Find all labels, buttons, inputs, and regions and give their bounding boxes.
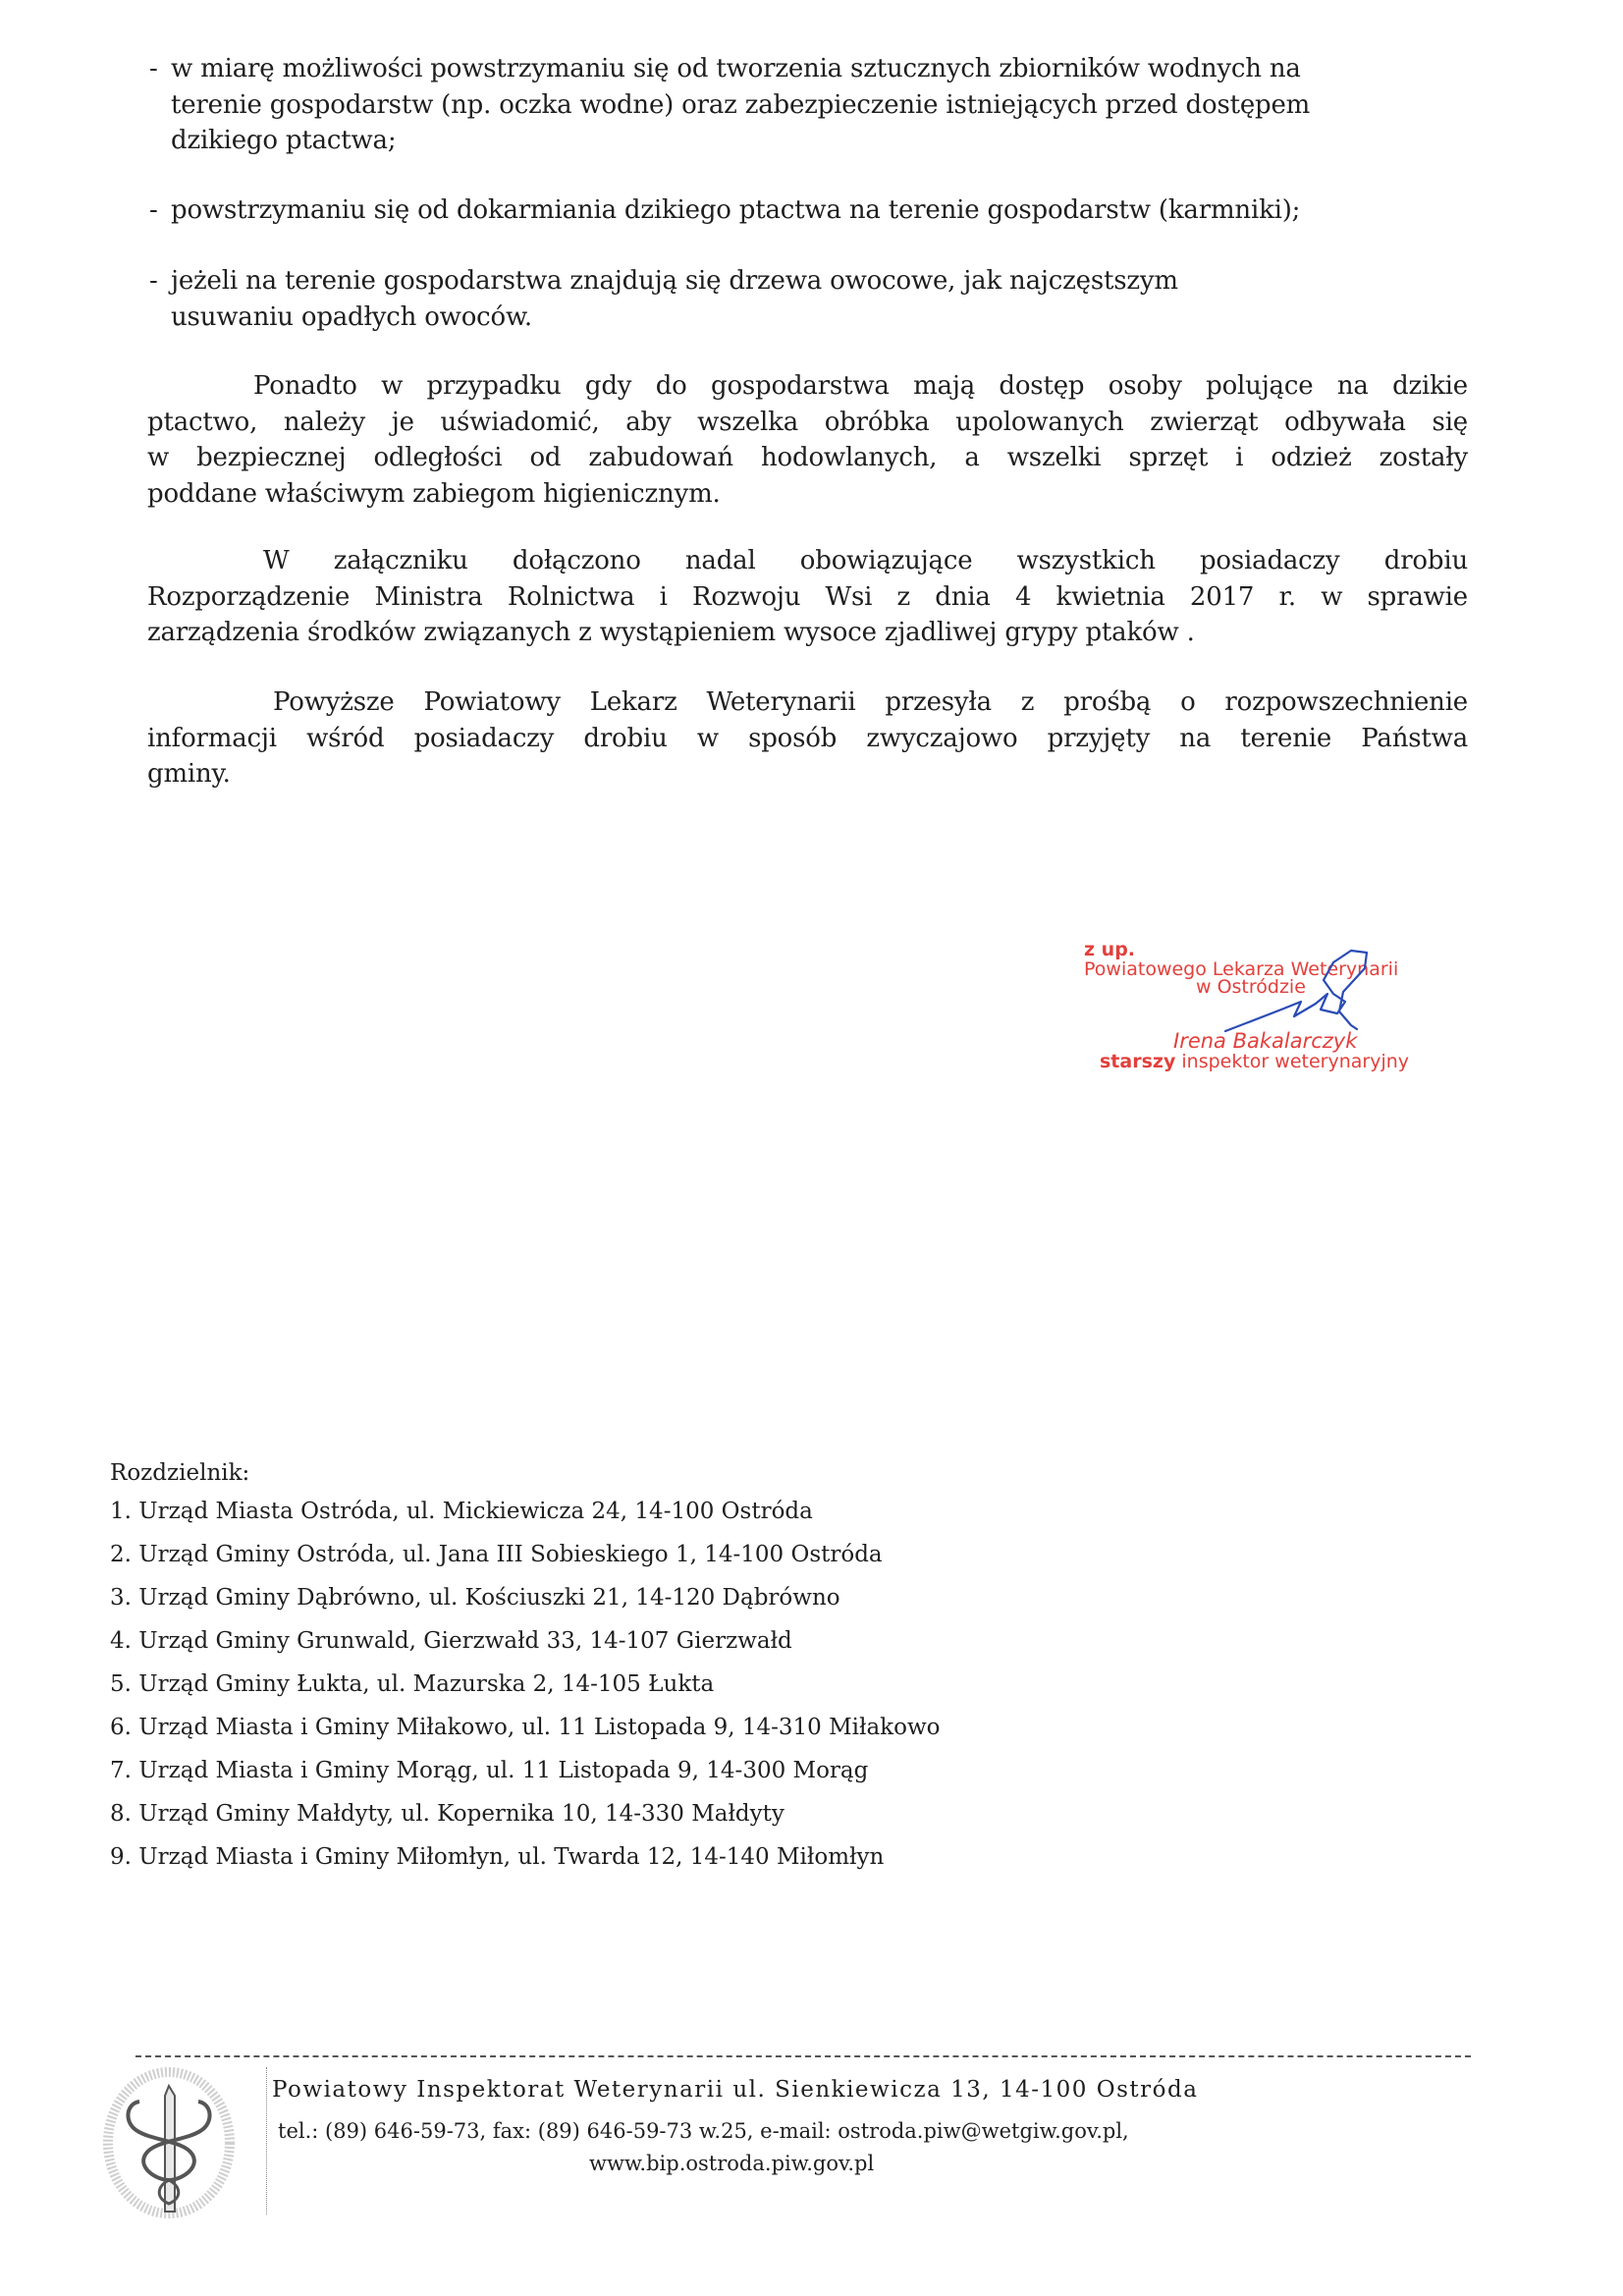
paragraph-line: gminy. — [147, 756, 1468, 793]
footer-address: Powiatowy Inspektorat Weterynarii ul. Si… — [272, 2077, 1198, 2103]
paragraph-line: w bezpiecznej odległości od zabudowań ho… — [147, 440, 1468, 476]
bullet-dash: - — [149, 51, 158, 87]
distribution-item: 9. Urząd Miasta i Gminy Miłomłyn, ul. Tw… — [110, 1835, 941, 1879]
paragraph-line: Rozporządzenie Ministra Rolnictwa i Rozw… — [147, 579, 1468, 616]
footer-separator — [266, 2067, 267, 2214]
distribution-item: 6. Urząd Miasta i Gminy Miłakowo, ul. 11… — [110, 1706, 941, 1749]
footer-contact: tel.: (89) 646-59-73, fax: (89) 646-59-7… — [278, 2119, 1129, 2143]
official-stamp: z up. Powiatowego Lekarza Weterynarii w … — [1080, 933, 1453, 1070]
paragraph-line: Ponadto w przypadku gdy do gospodarstwa … — [147, 368, 1468, 405]
distribution-header: Rozdzielnik: — [110, 1456, 941, 1490]
distribution-item: 5. Urząd Gminy Łukta, ul. Mazurska 2, 14… — [110, 1663, 941, 1706]
stamp-title: starszy inspektor weterynaryjny — [1100, 1051, 1409, 1072]
distribution-item: 8. Urząd Gminy Małdyty, ul. Kopernika 10… — [110, 1792, 941, 1835]
footer-divider — [135, 2055, 1471, 2057]
paragraph-line: zarządzenia środków związanych z wystąpi… — [147, 615, 1468, 651]
distribution-item: 1. Urząd Miasta Ostróda, ul. Mickiewicza… — [110, 1490, 941, 1533]
bullet-item: -powstrzymaniu się od dokarmiania dzikie… — [149, 192, 1470, 229]
paragraph: W załączniku dołączono nadal obowiązując… — [147, 543, 1468, 651]
bullet-dash: - — [149, 263, 158, 300]
paragraph-line: informacji wśród posiadaczy drobiu w spo… — [147, 721, 1468, 757]
bullet-line: usuwaniu opadłych owoców. — [149, 300, 1470, 336]
stamp-location: w Ostródzie — [1196, 976, 1306, 998]
bullet-dash: - — [149, 192, 158, 229]
stamp-title-bold: starszy — [1100, 1051, 1175, 1072]
paragraph: Powyższe Powiatowy Lekarz Weterynarii pr… — [147, 684, 1468, 793]
bullet-item: -w miarę możliwości powstrzymaniu się od… — [149, 51, 1470, 159]
distribution-item: 3. Urząd Gminy Dąbrówno, ul. Kościuszki … — [110, 1576, 941, 1619]
distribution-item: 7. Urząd Miasta i Gminy Morąg, ul. 11 Li… — [110, 1749, 941, 1792]
paragraph-line: poddane właściwym zabiegom higienicznym. — [147, 476, 1468, 513]
paragraph-line: W załączniku dołączono nadal obowiązując… — [147, 543, 1468, 579]
stamp-authorization: z up. — [1084, 939, 1135, 960]
paragraph: Ponadto w przypadku gdy do gospodarstwa … — [147, 368, 1468, 512]
bullet-line: dzikiego ptactwa; — [149, 123, 1470, 159]
bullet-line: jeżeli na terenie gospodarstwa znajdują … — [149, 263, 1470, 300]
paragraph-line: ptactwo, należy je uświadomić, aby wszel… — [147, 405, 1468, 441]
distribution-item: 2. Urząd Gminy Ostróda, ul. Jana III Sob… — [110, 1533, 941, 1576]
bullet-item: -jeżeli na terenie gospodarstwa znajdują… — [149, 263, 1470, 335]
bullet-line: w miarę możliwości powstrzymaniu się od … — [149, 51, 1470, 87]
bullet-line: powstrzymaniu się od dokarmiania dzikieg… — [149, 192, 1470, 229]
distribution-item: 4. Urząd Gminy Grunwald, Gierzwałd 33, 1… — [110, 1619, 941, 1663]
bullet-line: terenie gospodarstw (np. oczka wodne) or… — [149, 87, 1470, 124]
stamp-name: Irena Bakalarczyk — [1173, 1029, 1357, 1053]
distribution-list: Rozdzielnik: 1. Urząd Miasta Ostróda, ul… — [110, 1456, 941, 1879]
paragraph-line: Powyższe Powiatowy Lekarz Weterynarii pr… — [147, 684, 1468, 721]
stamp-title-rest: inspektor weterynaryjny — [1175, 1051, 1409, 1072]
footer-website[interactable]: www.bip.ostroda.piw.gov.pl — [589, 2152, 874, 2175]
caduceus-icon — [90, 2064, 247, 2221]
